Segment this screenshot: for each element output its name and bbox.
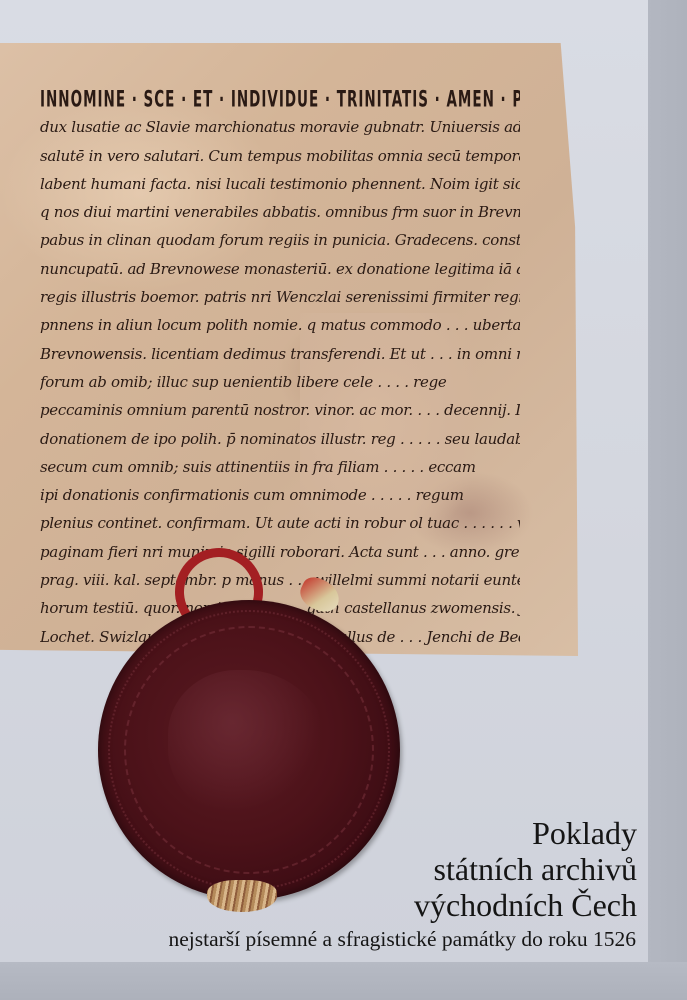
charter-line: INNOMINE · SCE · ET · INDIVIDUE · TRINIT… bbox=[40, 85, 520, 120]
charter-line: regis illustris boemor. patris nri Wencz… bbox=[40, 283, 520, 311]
title-line: státních archivů bbox=[414, 851, 637, 887]
book-subtitle: nejstarší písemné a sfragistické památky… bbox=[88, 926, 636, 952]
charter-line: nuncupatū. ad Brevnowese monasteriū. ex … bbox=[40, 255, 520, 283]
title-line: Poklady bbox=[414, 815, 637, 851]
charter-line: salutē in vero salutari. Cum tempus mobi… bbox=[40, 142, 520, 170]
seal-bottom-tassel-icon bbox=[207, 880, 277, 912]
charter-line: forum ab omib; illuc sup uenientib liber… bbox=[40, 368, 520, 396]
charter-line: peccaminis omnium parentū nostror. vinor… bbox=[40, 396, 520, 424]
charter-line: plenius continet. confirmam. Ut aute act… bbox=[40, 509, 520, 537]
charter-line: Brevnowensis. licentiam dedimus transfer… bbox=[40, 340, 520, 368]
title-line: východních Čech bbox=[414, 887, 637, 923]
cover-edge-bottom bbox=[0, 962, 687, 1000]
charter-line: q nos diui martini venerabiles abbatis. … bbox=[40, 198, 520, 226]
charter-parchment: INNOMINE · SCE · ET · INDIVIDUE · TRINIT… bbox=[0, 43, 578, 656]
book-title: Poklady státních archivů východních Čech bbox=[414, 815, 637, 923]
cover-edge-right bbox=[648, 0, 687, 1000]
charter-line: pnnens in aliun locum polith nomie. q ma… bbox=[40, 311, 520, 339]
charter-line: labent humani facta. nisi lucali testimo… bbox=[40, 170, 520, 198]
charter-line: secum cum omnib; suis attinentiis in fra… bbox=[40, 453, 520, 481]
charter-line: prag. viii. kal. septembr. p manus . . .… bbox=[40, 566, 520, 594]
charter-line: paginam fieri nri munimie sigilli robora… bbox=[40, 538, 520, 566]
charter-text: INNOMINE · SCE · ET · INDIVIDUE · TRINIT… bbox=[40, 85, 520, 679]
wax-seal-icon bbox=[98, 600, 400, 900]
charter-line: pabus in clinan quodam forum regiis in p… bbox=[40, 226, 520, 254]
charter-line: donationem de ipo polih. p̄ nominatos il… bbox=[40, 425, 520, 453]
charter-line: ipi donationis confirmationis cum omnimo… bbox=[40, 481, 520, 509]
